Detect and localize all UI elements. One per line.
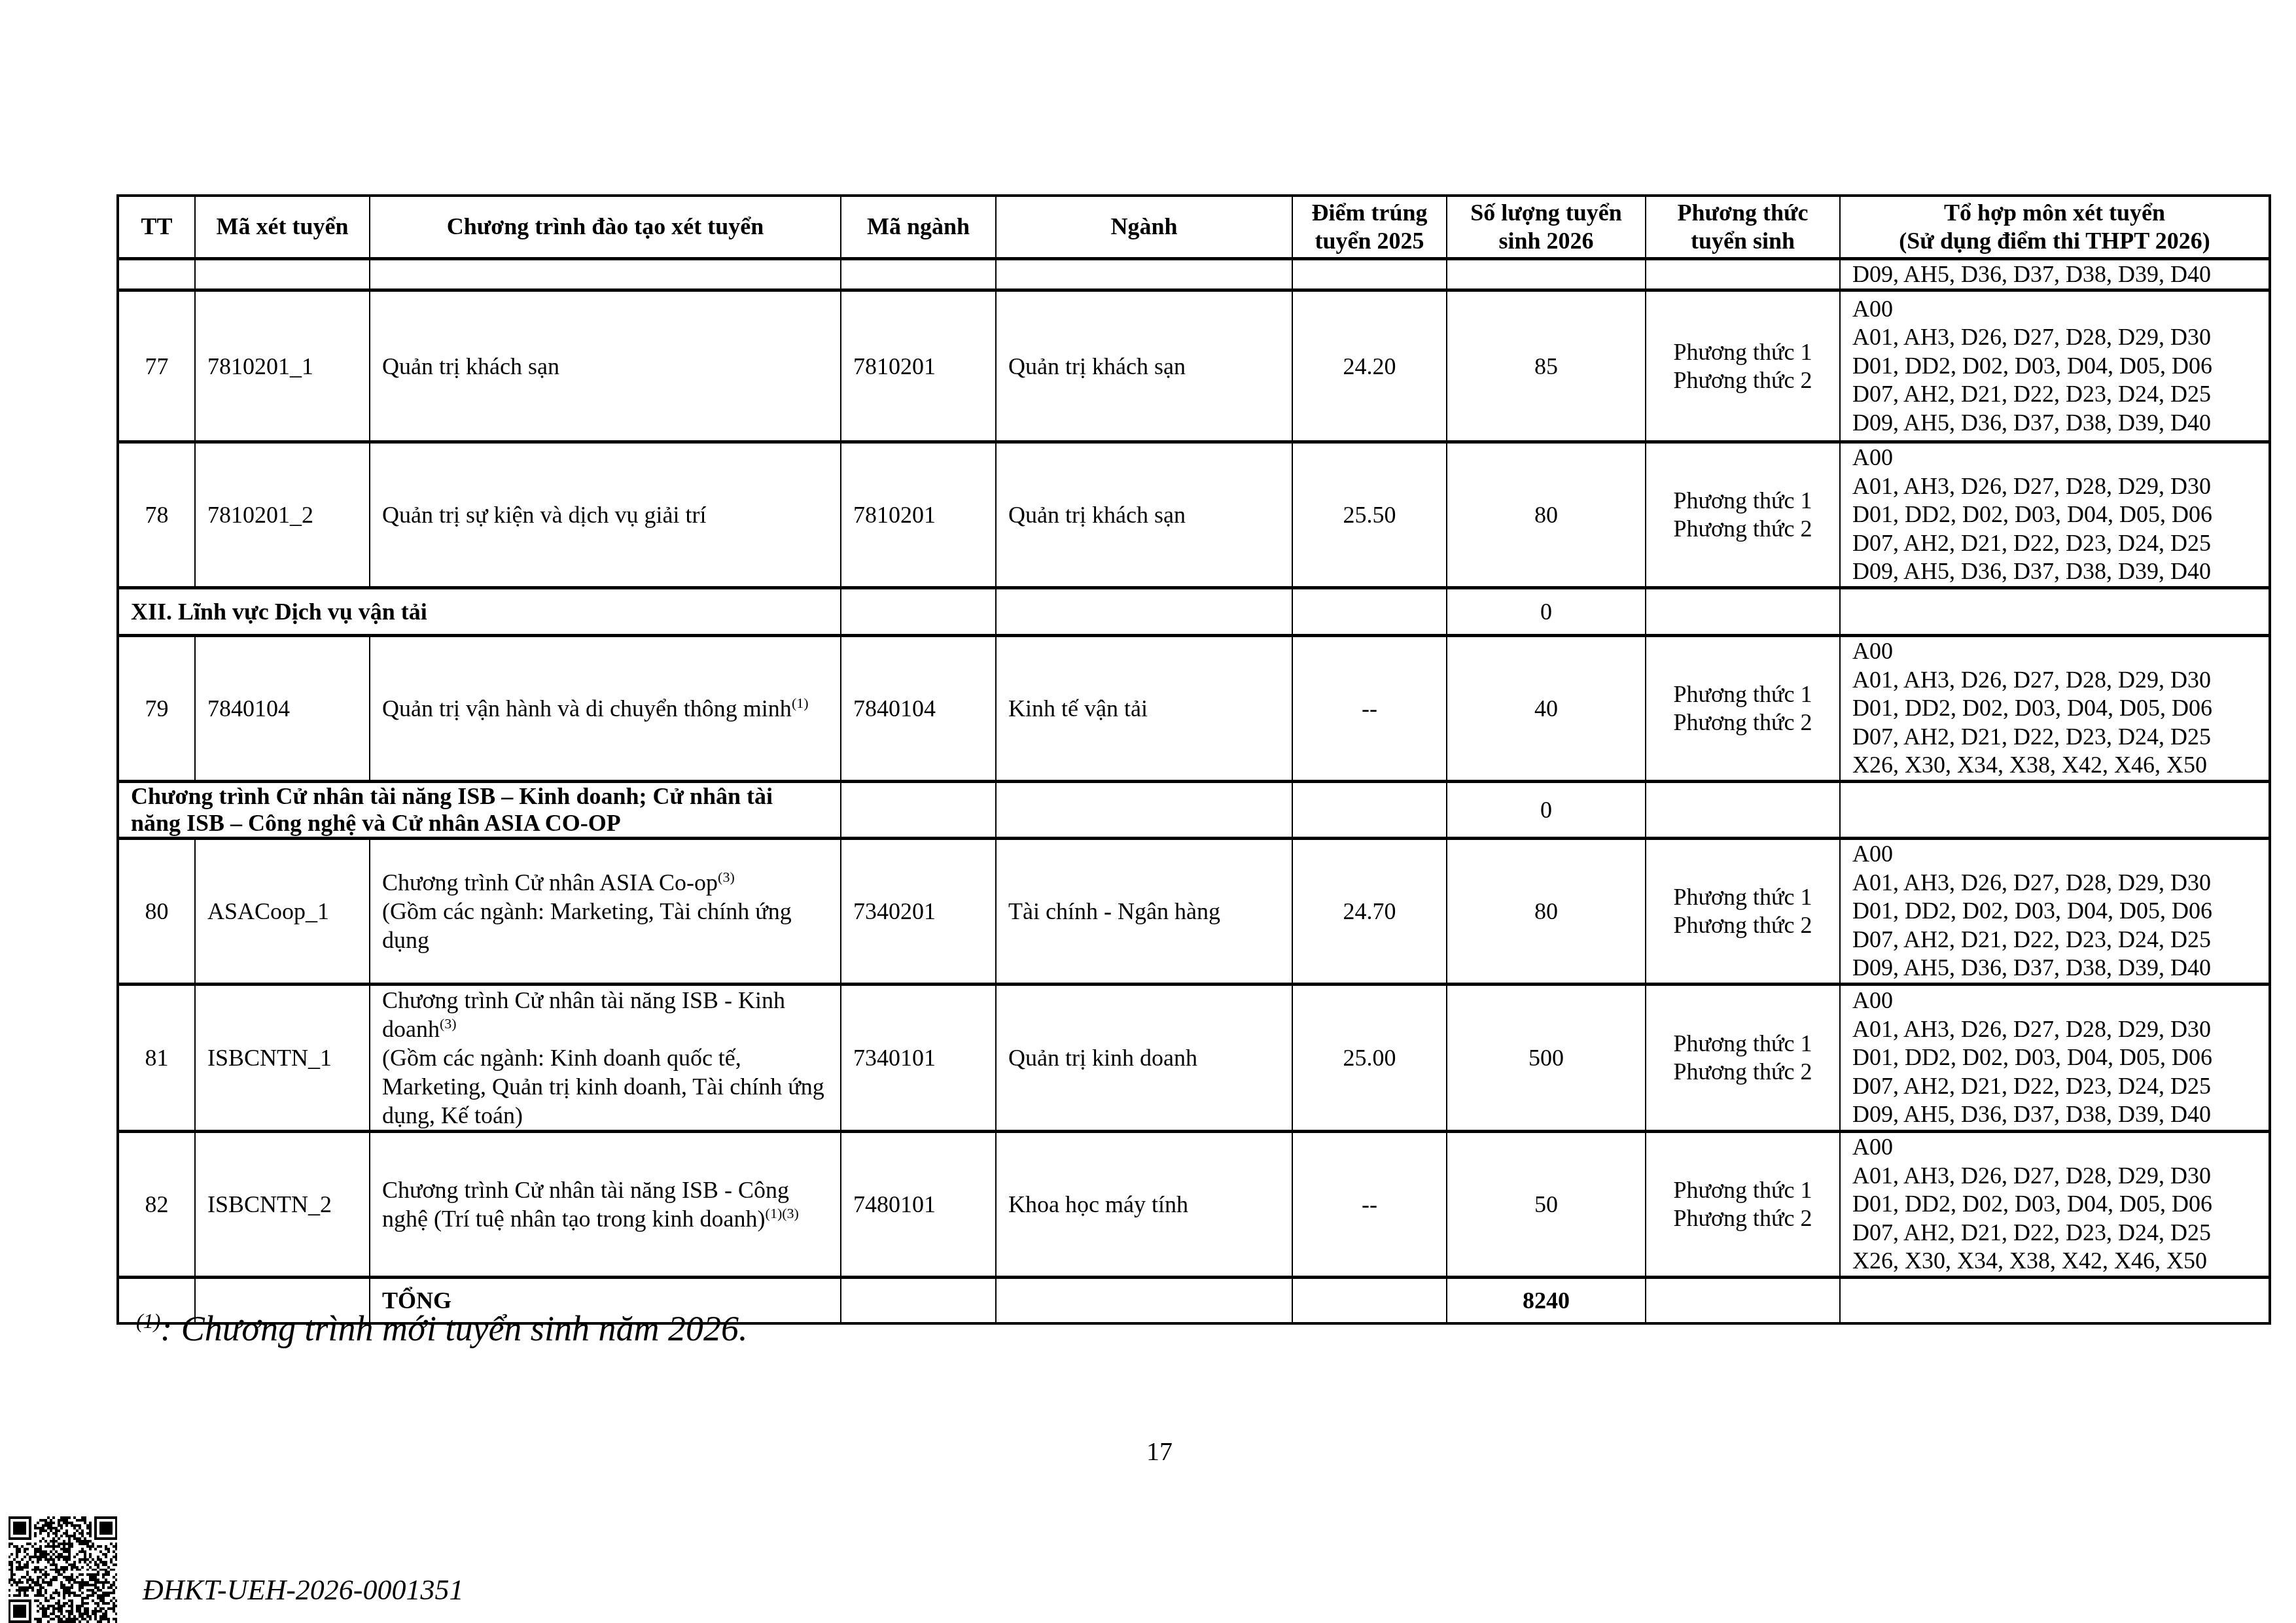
ma-nganh-cell: 7340101 xyxy=(841,985,996,1132)
header-phuong-thuc: Phương thứctuyển sinh xyxy=(1646,196,1840,258)
program-cell: Chương trình Cử nhân tài năng ISB - Công… xyxy=(370,1132,841,1278)
tt-cell: 77 xyxy=(118,290,195,442)
ma-nganh-cell: 7340201 xyxy=(841,839,996,985)
combos-cell: A00 A01, AH3, D26, D27, D28, D29, D30 D0… xyxy=(1840,985,2270,1132)
page-number: 17 xyxy=(1146,1436,1173,1467)
ma-nganh-cell: 7840104 xyxy=(841,636,996,782)
header-row: TT Mã xét tuyển Chương trình đào tạo xét… xyxy=(118,196,2270,258)
so-luong-cell: 500 xyxy=(1447,985,1646,1132)
combos-cell: A00 A01, AH3, D26, D27, D28, D29, D30 D0… xyxy=(1840,442,2270,588)
footnote-marker: (1) xyxy=(136,1309,160,1333)
section-title: XII. Lĩnh vực Dịch vụ vận tải xyxy=(118,588,841,636)
section-so-luong: 0 xyxy=(1447,588,1646,636)
program-cell: Chương trình Cử nhân tài năng ISB - Kinh… xyxy=(370,985,841,1132)
table-row: 79 7840104 Quản trị vận hành và di chuyể… xyxy=(118,636,2270,782)
ma-nganh-cell: 7480101 xyxy=(841,1132,996,1278)
combos-cell: D09, AH5, D36, D37, D38, D39, D40 xyxy=(1840,258,2270,290)
tt-cell: 78 xyxy=(118,442,195,588)
nganh-cell: Tài chính - Ngân hàng xyxy=(996,839,1292,985)
table-row: 77 7810201_1 Quản trị khách sạn 7810201 … xyxy=(118,290,2270,442)
tt-cell: 81 xyxy=(118,985,195,1132)
section-so-luong: 0 xyxy=(1447,782,1646,839)
diem-cell: -- xyxy=(1292,1132,1447,1278)
diem-cell: 25.00 xyxy=(1292,985,1447,1132)
header-diem: Điểm trúngtuyển 2025 xyxy=(1292,196,1447,258)
diem-cell: 24.70 xyxy=(1292,839,1447,985)
methods-cell: Phương thức 1 Phương thức 2 xyxy=(1646,442,1840,588)
header-nganh: Ngành xyxy=(996,196,1292,258)
section-row-xii: XII. Lĩnh vực Dịch vụ vận tải 0 xyxy=(118,588,2270,636)
header-chuong-trinh: Chương trình đào tạo xét tuyển xyxy=(370,196,841,258)
tt-cell: 79 xyxy=(118,636,195,782)
combos-cell: A00 A01, AH3, D26, D27, D28, D29, D30 D0… xyxy=(1840,1132,2270,1278)
document-id: ĐHKT-UEH-2026-0001351 xyxy=(143,1573,464,1607)
program-cell: Chương trình Cử nhân ASIA Co-op(3)(Gồm c… xyxy=(370,839,841,985)
nganh-cell: Quản trị kinh doanh xyxy=(996,985,1292,1132)
nganh-cell: Quản trị khách sạn xyxy=(996,442,1292,588)
program-cell: Quản trị sự kiện và dịch vụ giải trí xyxy=(370,442,841,588)
qr-code-icon xyxy=(8,1516,118,1623)
diem-cell: 24.20 xyxy=(1292,290,1447,442)
methods-cell: Phương thức 1 Phương thức 2 xyxy=(1646,1132,1840,1278)
so-luong-cell: 80 xyxy=(1447,839,1646,985)
program-cell: Quản trị khách sạn xyxy=(370,290,841,442)
combos-cell: A00 A01, AH3, D26, D27, D28, D29, D30 D0… xyxy=(1840,636,2270,782)
table-row: 78 7810201_2 Quản trị sự kiện và dịch vụ… xyxy=(118,442,2270,588)
table-row: 80 ASACoop_1 Chương trình Cử nhân ASIA C… xyxy=(118,839,2270,985)
methods-cell: Phương thức 1 Phương thức 2 xyxy=(1646,290,1840,442)
ma-xet-tuyen-cell: 7840104 xyxy=(195,636,370,782)
ma-xet-tuyen-cell: ASACoop_1 xyxy=(195,839,370,985)
ma-nganh-cell: 7810201 xyxy=(841,290,996,442)
ma-xet-tuyen-cell: 7810201_2 xyxy=(195,442,370,588)
methods-cell: Phương thức 1 Phương thức 2 xyxy=(1646,636,1840,782)
admissions-table: TT Mã xét tuyển Chương trình đào tạo xét… xyxy=(116,194,2271,1325)
nganh-cell: Kinh tế vận tải xyxy=(996,636,1292,782)
so-luong-cell: 85 xyxy=(1447,290,1646,442)
ma-nganh-cell: 7810201 xyxy=(841,442,996,588)
diem-cell: 25.50 xyxy=(1292,442,1447,588)
table-row: 82 ISBCNTN_2 Chương trình Cử nhân tài nă… xyxy=(118,1132,2270,1278)
so-luong-cell: 50 xyxy=(1447,1132,1646,1278)
header-ma-nganh: Mã ngành xyxy=(841,196,996,258)
so-luong-cell: 40 xyxy=(1447,636,1646,782)
footnote-text: : Chương trình mới tuyển sinh năm 2026. xyxy=(160,1309,747,1348)
combos-cell: A00 A01, AH3, D26, D27, D28, D29, D30 D0… xyxy=(1840,839,2270,985)
header-to-hop: Tổ hợp môn xét tuyển(Sử dụng điểm thi TH… xyxy=(1840,196,2270,258)
tt-cell: 80 xyxy=(118,839,195,985)
header-tt: TT xyxy=(118,196,195,258)
tt-cell: 82 xyxy=(118,1132,195,1278)
ma-xet-tuyen-cell: ISBCNTN_2 xyxy=(195,1132,370,1278)
methods-cell: Phương thức 1 Phương thức 2 xyxy=(1646,985,1840,1132)
table-row: 81 ISBCNTN_1 Chương trình Cử nhân tài nă… xyxy=(118,985,2270,1132)
footnote: (1): Chương trình mới tuyển sinh năm 202… xyxy=(136,1308,747,1349)
section-title: Chương trình Cử nhân tài năng ISB – Kinh… xyxy=(118,782,841,839)
diem-cell: -- xyxy=(1292,636,1447,782)
nganh-cell: Khoa học máy tính xyxy=(996,1132,1292,1278)
combos-cell: A00 A01, AH3, D26, D27, D28, D29, D30 D0… xyxy=(1840,290,2270,442)
header-ma-xet-tuyen: Mã xét tuyển xyxy=(195,196,370,258)
total-value: 8240 xyxy=(1447,1277,1646,1323)
ma-xet-tuyen-cell: 7810201_1 xyxy=(195,290,370,442)
header-so-luong: Số lượng tuyểnsinh 2026 xyxy=(1447,196,1646,258)
ma-xet-tuyen-cell: ISBCNTN_1 xyxy=(195,985,370,1132)
so-luong-cell: 80 xyxy=(1447,442,1646,588)
nganh-cell: Quản trị khách sạn xyxy=(996,290,1292,442)
program-cell: Quản trị vận hành và di chuyển thông min… xyxy=(370,636,841,782)
methods-cell: Phương thức 1 Phương thức 2 xyxy=(1646,839,1840,985)
continuation-row: D09, AH5, D36, D37, D38, D39, D40 xyxy=(118,258,2270,290)
section-row-isb: Chương trình Cử nhân tài năng ISB – Kinh… xyxy=(118,782,2270,839)
